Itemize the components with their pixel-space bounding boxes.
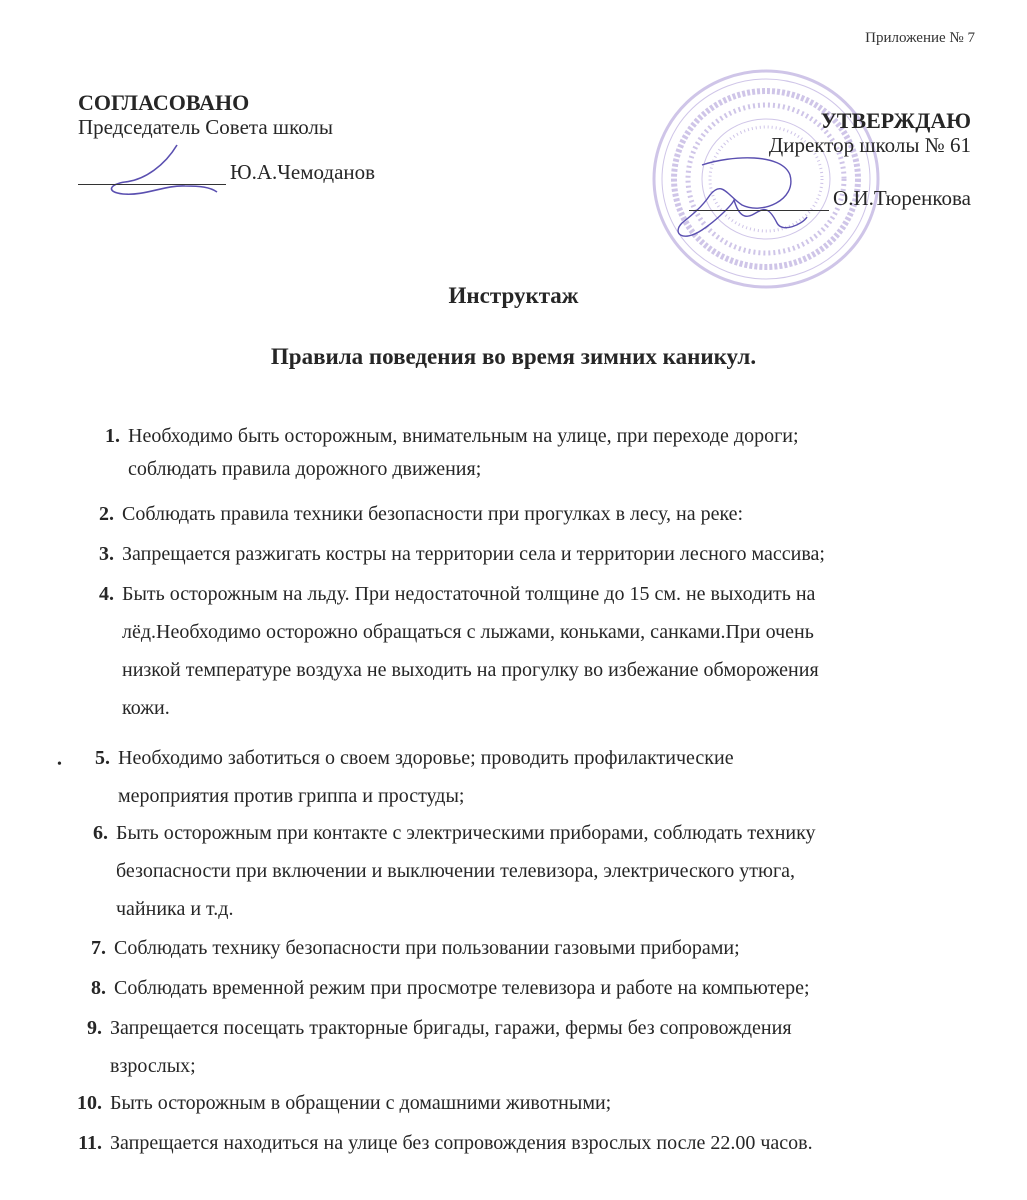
rule-number: 4. [80, 578, 114, 727]
rule-number: 8. [72, 972, 106, 1005]
stray-bullet-mark: • [57, 757, 62, 773]
rule-number: 6. [74, 817, 108, 928]
rule-item-3: 3. Запрещается разжигать костры на терри… [80, 538, 825, 571]
rule-number: 3. [80, 538, 114, 571]
rule-item-7: 7. Соблюдать технику безопасности при по… [72, 932, 740, 965]
rule-text: Соблюдать временной режим при просмотре … [114, 972, 810, 1005]
confirmation-position: Директор школы № 61 [689, 133, 971, 158]
rule-number: 10. [68, 1087, 102, 1120]
rule-text: Запрещается посещать тракторные бригады,… [110, 1009, 792, 1085]
rule-number: 7. [72, 932, 106, 965]
rule-item-4: 4. Быть осторожным на льду. При недостат… [80, 578, 819, 727]
rule-number: 2. [80, 498, 114, 531]
confirmation-name: О.И.Тюренкова [833, 186, 971, 210]
approval-signature-row: Ю.А.Чемоданов [78, 160, 375, 185]
rule-text: Быть осторожным на льду. При недостаточн… [122, 575, 819, 727]
rule-item-8: 8. Соблюдать временной режим при просмот… [72, 972, 810, 1005]
rule-item-5: 5. Необходимо заботиться о своем здоровь… [76, 742, 734, 815]
rule-text: Запрещается находиться на улице без сопр… [110, 1127, 813, 1160]
approval-block: СОГЛАСОВАНО Председатель Совета школы Ю.… [78, 90, 375, 185]
rule-number: 9. [68, 1012, 102, 1085]
rule-text: Необходимо заботиться о своем здоровье; … [118, 739, 734, 815]
rule-text: Быть осторожным при контакте с электриче… [116, 814, 816, 928]
approval-name: Ю.А.Чемоданов [230, 160, 375, 184]
rule-text: Необходимо быть осторожным, внимательным… [128, 420, 799, 486]
approval-heading: СОГЛАСОВАНО [78, 90, 375, 115]
appendix-label: Приложение № 7 [865, 30, 975, 47]
rule-item-11: 11. Запрещается находиться на улице без … [68, 1127, 813, 1160]
rule-text: Соблюдать правила техники безопасности п… [122, 498, 743, 531]
signature-line [78, 162, 226, 185]
rule-item-1: 1. Необходимо быть осторожным, вниматель… [86, 420, 799, 486]
confirmation-signature-row: О.И.Тюренкова [689, 186, 971, 211]
approval-position: Председатель Совета школы [78, 115, 375, 140]
signature-line [689, 188, 829, 211]
document-subtitle: Правила поведения во время зимних канику… [0, 344, 1027, 370]
confirmation-heading: УТВЕРЖДАЮ [689, 108, 971, 133]
rule-text: Соблюдать технику безопасности при польз… [114, 932, 740, 965]
rule-item-10: 10. Быть осторожным в обращении с домашн… [68, 1087, 611, 1120]
rule-number: 5. [76, 742, 110, 815]
rule-number: 11. [68, 1127, 102, 1160]
document-title: Инструктаж [0, 283, 1027, 309]
rule-text: Быть осторожным в обращении с домашними … [110, 1087, 611, 1120]
rule-item-2: 2. Соблюдать правила техники безопасност… [80, 498, 743, 531]
rule-item-6: 6. Быть осторожным при контакте с электр… [74, 817, 816, 928]
confirmation-block: УТВЕРЖДАЮ Директор школы № 61 О.И.Тюренк… [689, 108, 971, 211]
rule-text: Запрещается разжигать костры на территор… [122, 538, 825, 571]
rule-number: 1. [86, 420, 120, 486]
rule-item-9: 9. Запрещается посещать тракторные брига… [68, 1012, 792, 1085]
